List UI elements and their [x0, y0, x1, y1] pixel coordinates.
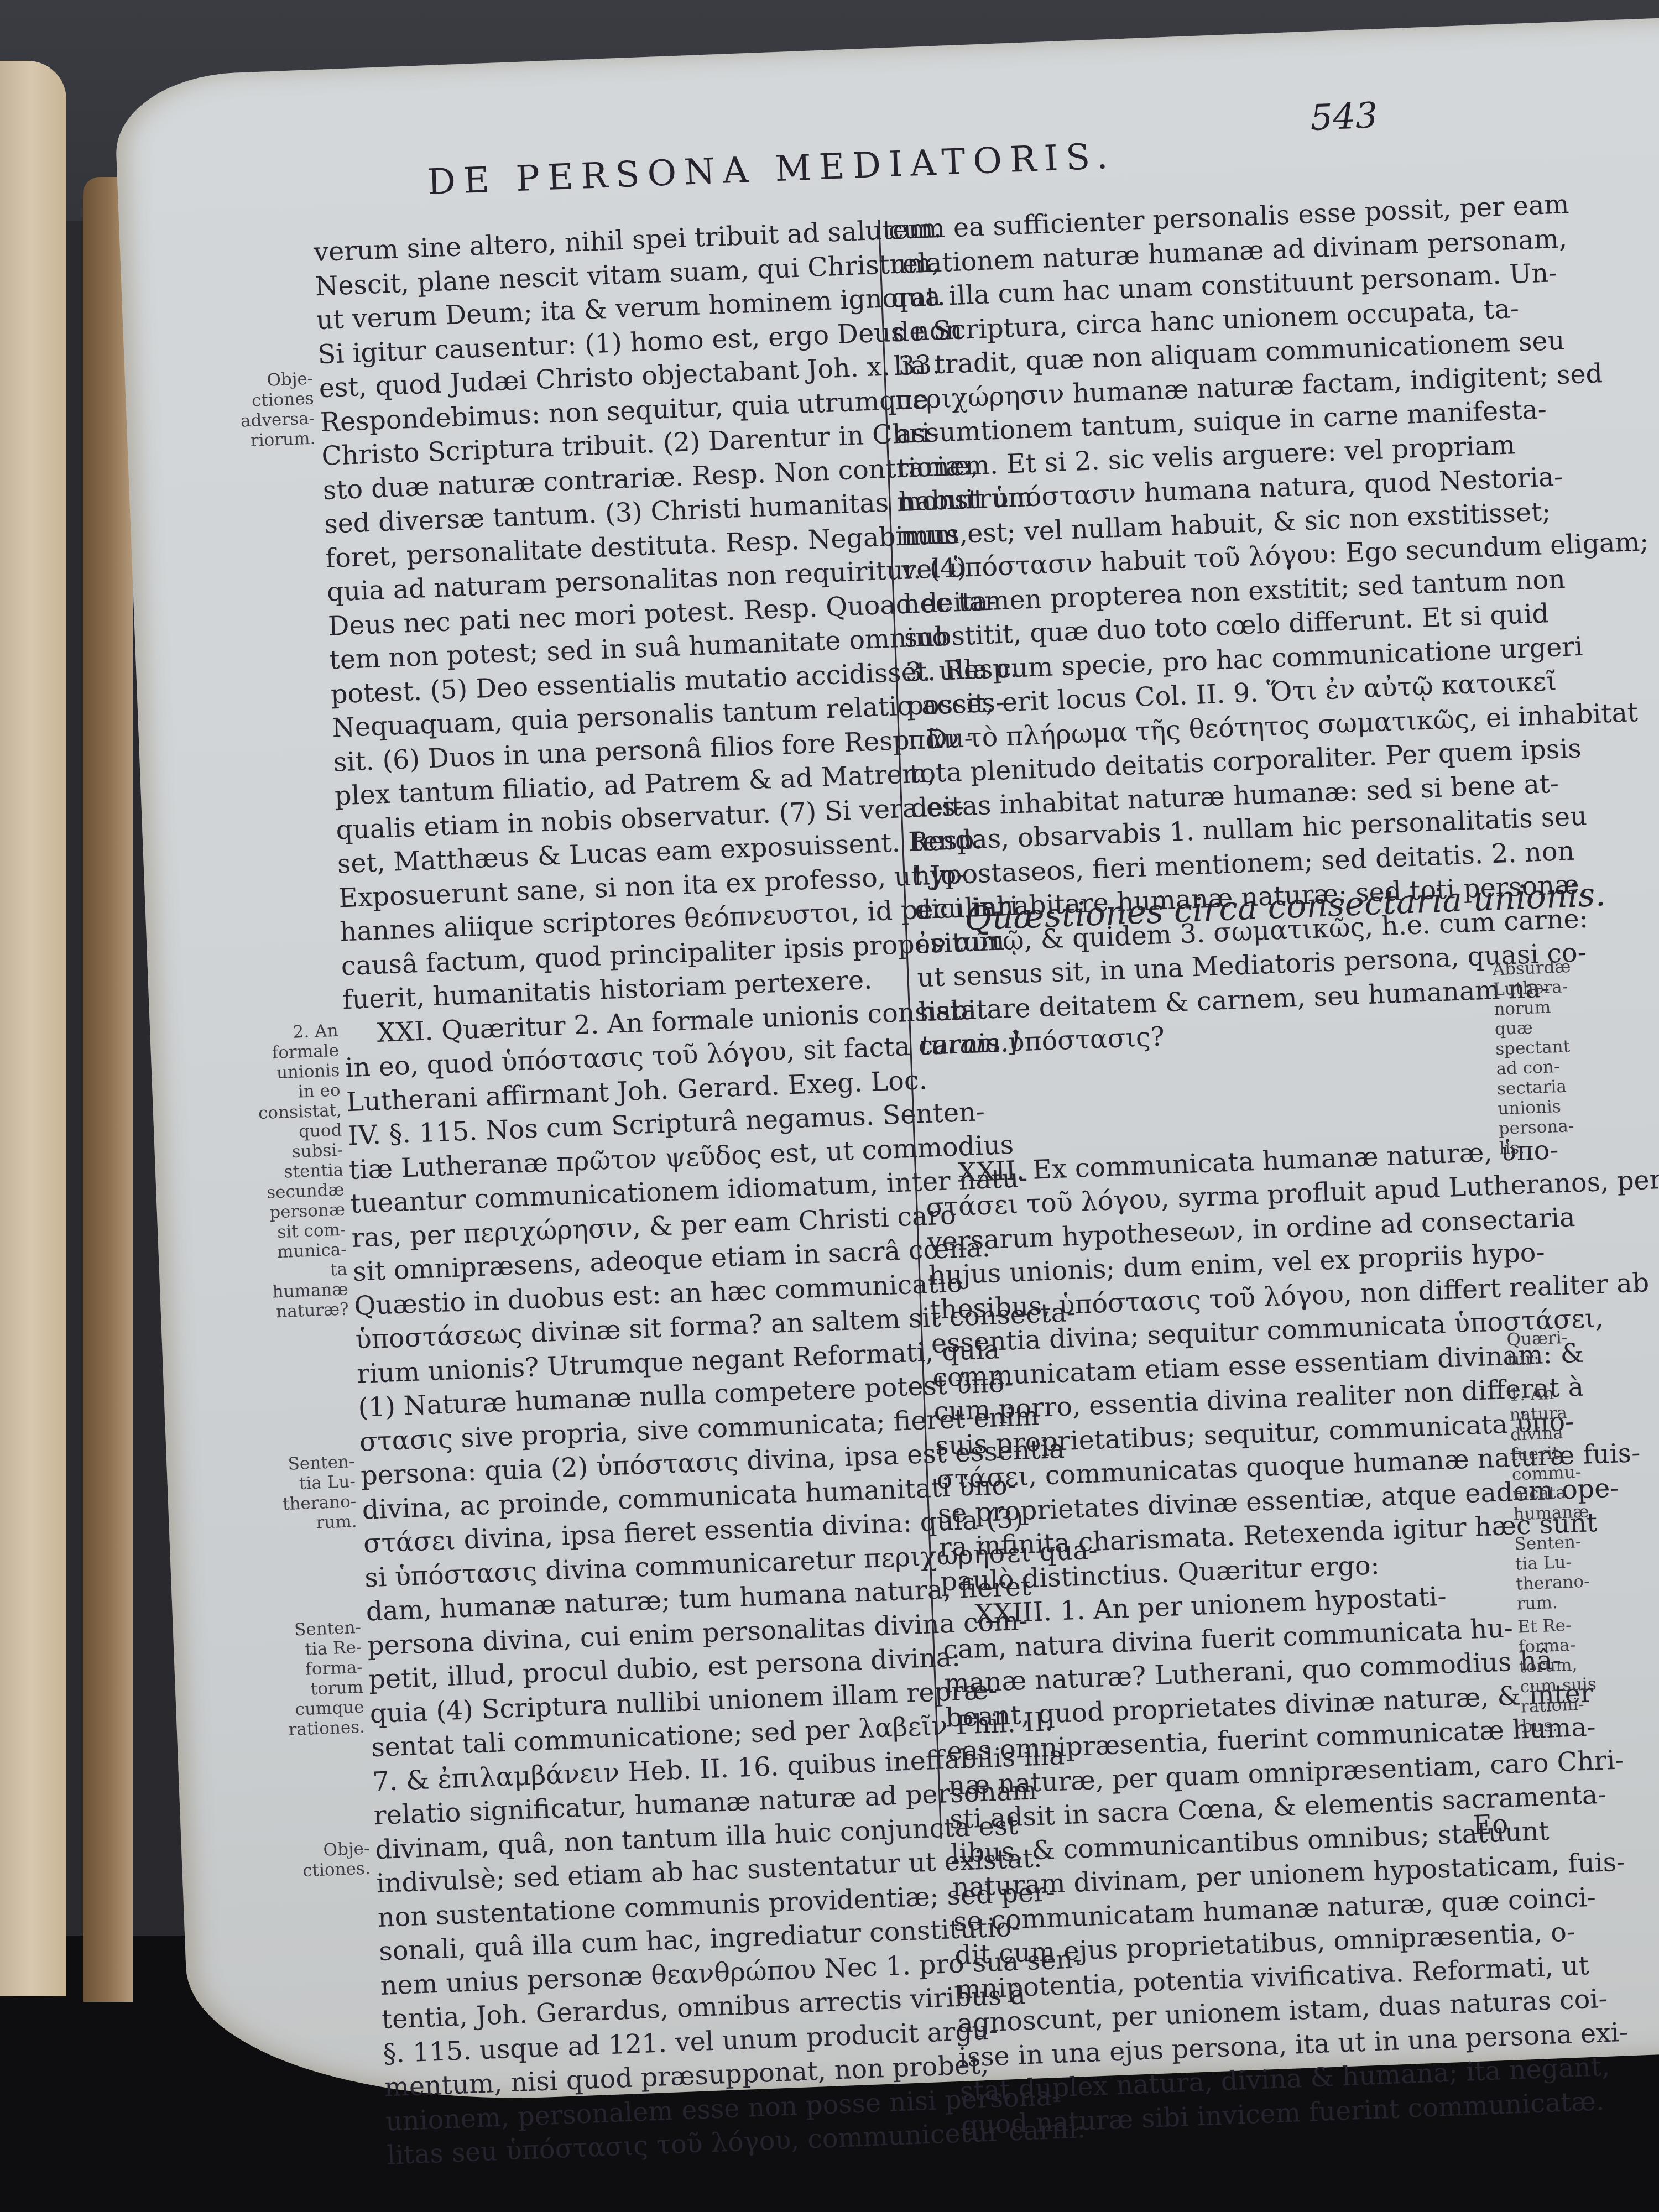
- margin-note-an-natura-divina: 1. An natura divina fuerit commu-nicata …: [1509, 1382, 1597, 1525]
- page-sheet: DE PERSONA MEDIATORIS. 543 Obje-ctiones …: [113, 17, 1659, 2111]
- margin-note-sententia-lutheranorum-right: Senten-tia Lu-therano-rum.: [1514, 1531, 1600, 1614]
- margin-note-et-reformatorum: Et Re-forma-torum, cum suis rationi-bus.: [1517, 1614, 1605, 1737]
- margin-note-objectiones: Obje-ctiones.: [286, 1839, 371, 1882]
- margin-note-objections: Obje-ctiones adversa-riorum.: [230, 369, 316, 452]
- right-column: cum ea sufficienter personalis esse poss…: [888, 192, 1525, 2143]
- left-column: verum sine altero, nihil spei tribuit ad…: [313, 214, 951, 2173]
- facing-page-edge: [0, 61, 66, 1996]
- margin-note-sententia-lutheranorum: Senten-tia Lu-therano-rum.: [272, 1452, 357, 1535]
- book-gutter: [83, 177, 133, 2002]
- margin-note-absurdae: Absurdæ Luthera-norum quæ spectant ad co…: [1492, 957, 1583, 1159]
- book-page: DE PERSONA MEDIATORIS. 543 Obje-ctiones …: [113, 17, 1659, 2111]
- margin-note-sententia-reformatorum: Senten-tia Re-forma-torum cumque ratione…: [278, 1618, 365, 1740]
- margin-note-formale-unionis: 2. An formale unionis in eo consistat, q…: [255, 1021, 349, 1322]
- margin-note-quaeritur: Quæri-tur:: [1506, 1327, 1591, 1370]
- page-number: 543: [1310, 95, 1379, 139]
- catchword: Eo: [1472, 1809, 1509, 1841]
